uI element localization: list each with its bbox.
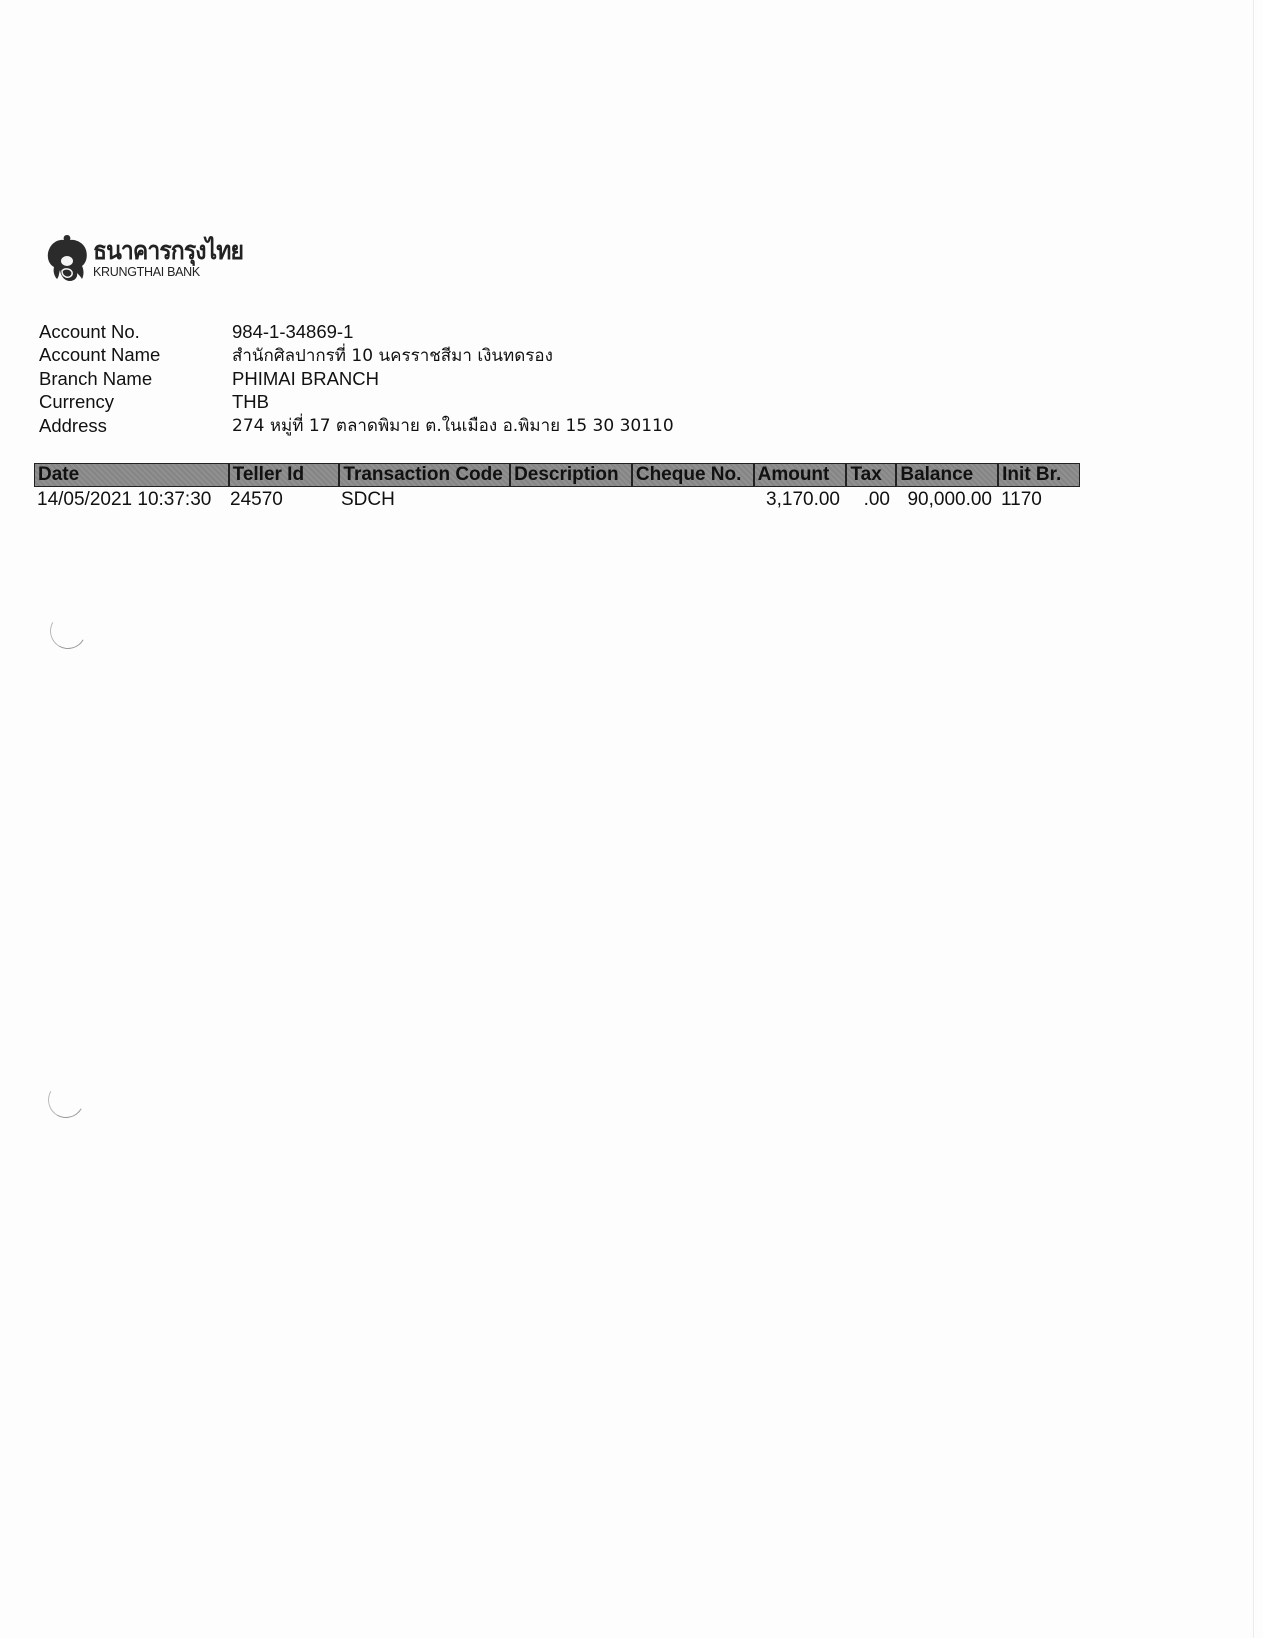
currency-row: Currency THB [39, 391, 674, 415]
cell-balance: 90,000.00 [896, 489, 998, 511]
page-edge [1253, 0, 1254, 1638]
header-teller-id: Teller Id [228, 464, 339, 486]
header-date: Date [35, 464, 228, 486]
bank-name-english: KRUNGTHAI BANK [93, 266, 256, 279]
bank-logo: ธนาคารกรุงไทย KRUNGTHAI BANK [46, 233, 256, 283]
header-init-branch: Init Br. [997, 464, 1079, 486]
account-number-row: Account No. 984-1-34869-1 [39, 320, 674, 344]
account-number-label: Account No. [39, 321, 232, 343]
hole-punch-mark [46, 609, 90, 653]
header-transaction-code: Transaction Code [338, 464, 509, 486]
table-row: 14/05/2021 10:37:30 24570 SDCH 3,170.00 … [34, 487, 1080, 513]
transaction-table: Date Teller Id Transaction Code Descript… [34, 463, 1080, 513]
garuda-bird-icon [46, 233, 88, 283]
account-info: Account No. 984-1-34869-1 Account Name ส… [39, 320, 674, 438]
header-description: Description [509, 464, 631, 486]
cell-tax: .00 [846, 489, 896, 511]
table-header: Date Teller Id Transaction Code Descript… [34, 463, 1080, 487]
cell-init-branch: 1170 [998, 489, 1080, 511]
header-tax: Tax [845, 464, 895, 486]
header-balance: Balance [895, 464, 997, 486]
address-value: 274 หมู่ที่ 17 ตลาดพิมาย ต.ในเมือง อ.พิม… [232, 412, 674, 439]
cell-transaction-code: SDCH [338, 489, 509, 511]
currency-value: THB [232, 391, 269, 413]
header-cheque-no: Cheque No. [631, 464, 753, 486]
cell-date: 14/05/2021 10:37:30 [34, 489, 227, 511]
account-name-label: Account Name [39, 344, 232, 366]
address-label: Address [39, 415, 232, 437]
currency-label: Currency [39, 391, 232, 413]
address-row: Address 274 หมู่ที่ 17 ตลาดพิมาย ต.ในเมื… [39, 414, 674, 438]
branch-name-label: Branch Name [39, 368, 232, 390]
hole-punch-mark [44, 1078, 88, 1122]
bank-name-thai: ธนาคารกรุงไทย [93, 238, 243, 263]
branch-name-value: PHIMAI BRANCH [232, 368, 379, 390]
header-amount: Amount [753, 464, 846, 486]
cell-teller-id: 24570 [227, 489, 338, 511]
account-name-row: Account Name สำนักศิลปากรที่ 10 นครราชสี… [39, 344, 674, 368]
cell-amount: 3,170.00 [753, 489, 846, 511]
account-number-value: 984-1-34869-1 [232, 321, 353, 343]
branch-name-row: Branch Name PHIMAI BRANCH [39, 367, 674, 391]
account-name-value: สำนักศิลปากรที่ 10 นครราชสีมา เงินทดรอง [232, 342, 553, 369]
